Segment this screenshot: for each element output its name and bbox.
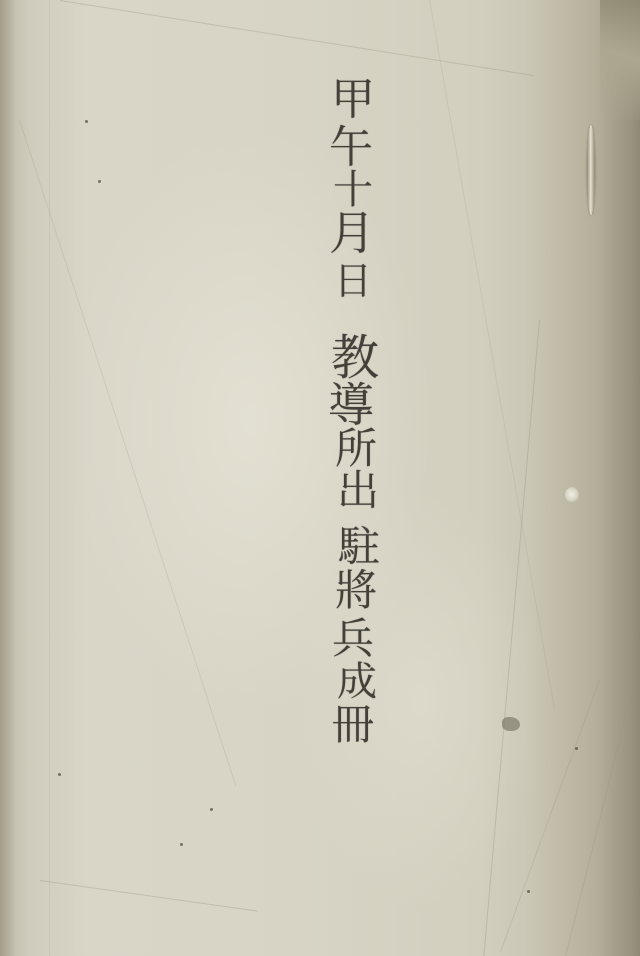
paper-speck	[575, 747, 578, 750]
paper-crease	[19, 120, 236, 786]
paper-speck	[527, 890, 530, 893]
folded-corner	[600, 0, 640, 120]
title-character: 導	[321, 382, 381, 428]
title-character: 駐	[329, 526, 389, 568]
paper-crease	[60, 0, 534, 76]
title-character: 午	[321, 126, 381, 170]
title-character: 將	[326, 570, 386, 612]
document-cover: 甲午十月日教導所出駐將兵成冊	[0, 0, 640, 956]
paper-speck	[85, 120, 88, 123]
paper-speck	[180, 843, 183, 846]
left-edge-shadow	[0, 0, 16, 956]
binding-slit	[587, 125, 595, 215]
paper-speck	[58, 773, 61, 776]
paper-crease	[40, 880, 258, 912]
title-character: 甲	[323, 78, 383, 122]
title-character: 所	[326, 428, 386, 470]
title-character: 教	[325, 334, 385, 382]
title-character: 兵	[323, 618, 383, 660]
paper-speck	[98, 180, 101, 183]
spine-shadow	[530, 0, 640, 956]
paper-speck	[210, 808, 213, 811]
binding-hole	[565, 487, 579, 503]
ink-stain	[502, 717, 520, 731]
vertical-title-calligraphy: 甲午十月日教導所出駐將兵成冊	[316, 78, 386, 746]
title-character: 成	[327, 662, 387, 702]
title-character: 月	[322, 210, 382, 256]
title-character: 出	[328, 470, 388, 512]
title-character: 日	[323, 262, 383, 300]
paper-crease	[49, 0, 50, 956]
title-character: 冊	[323, 704, 383, 746]
title-character: 十	[323, 170, 383, 210]
